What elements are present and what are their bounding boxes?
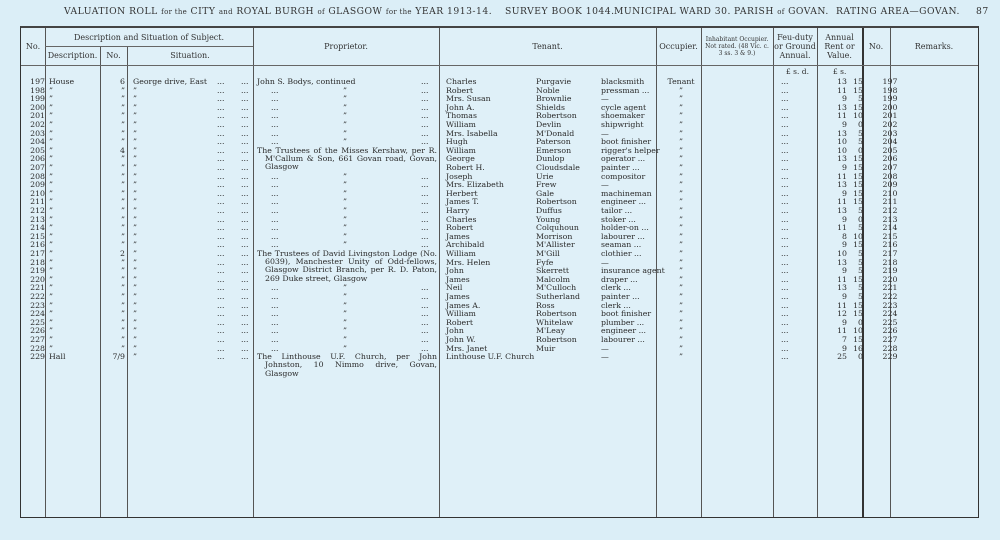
table-row: 224”””.........”...WilliamRobertsonboot …: [21, 310, 978, 318]
title-part: ROYAL BURGH: [236, 6, 314, 17]
situation: ”: [133, 164, 137, 172]
tenant-occupation: painter ...: [601, 164, 640, 172]
row-number-right: 222: [869, 293, 911, 301]
table-row: 218”””......Mrs. HelenFyfe—”...135218: [21, 259, 978, 267]
leader-dots: ...: [421, 78, 428, 86]
table-row: 202”””.........”...WilliamDevlinshipwrig…: [21, 121, 978, 129]
rent-pounds: 9: [827, 164, 847, 172]
row-number: 227: [23, 336, 45, 344]
tenant-forename: Robert H.: [446, 164, 485, 172]
rent-pounds: 7: [827, 336, 847, 344]
table-row: 215”””.........”...JamesMorrisonlabourer…: [21, 233, 978, 241]
leader-dots: ...: [241, 121, 248, 129]
row-number-right: 207: [869, 164, 911, 172]
tenant-forename: James: [446, 293, 470, 301]
feu-duty: ...: [781, 336, 788, 344]
table-row: 211”””.........”...James T.Robertsonengi…: [21, 198, 978, 206]
occupier: ”: [651, 336, 711, 344]
proprietor-block: The Linthouse U.F. Church, per John John…: [257, 353, 437, 378]
leader-dots: ...: [241, 164, 248, 172]
occupier: ”: [651, 353, 711, 361]
rent-pounds: 13: [827, 207, 847, 215]
header-annual-rent: Annual Rent or Value.: [817, 28, 862, 65]
subject-number: 7/9: [103, 353, 125, 361]
row-number-right: 217: [869, 250, 911, 258]
rent-shillings: 5: [851, 250, 863, 258]
table-row: 207”””......Robert H.Cloudsdalepainter .…: [21, 164, 978, 172]
rent-pounds: 9: [827, 121, 847, 129]
subject-number: ”: [103, 121, 125, 129]
tenant-surname: Robertson: [536, 336, 577, 344]
tenant-surname: Devlin: [536, 121, 561, 129]
table-row: 198”””.........”...RobertNoblepressman .…: [21, 87, 978, 95]
parish-part: GOVAN.: [788, 6, 829, 17]
rent-shillings: 15: [851, 78, 863, 86]
table-row: 219”””......JohnSkerrettinsurance agent”…: [21, 267, 978, 275]
header-subject-no: No.: [100, 46, 127, 65]
table-row: 204”””.........”...HughPatersonboot fini…: [21, 138, 978, 146]
header-description: Description.: [45, 46, 100, 65]
description: ”: [49, 164, 53, 172]
tenant-occupation: clothier ...: [601, 250, 641, 258]
rent-units: £ s.: [833, 67, 846, 76]
header-inhabitant-occupier: Inhabitant Occupier. Not rated. (48 Vic.…: [703, 28, 771, 65]
row-number: 229: [23, 353, 45, 361]
table-row: 214”””.........”...RobertColquhounholder…: [21, 224, 978, 232]
leader-dots: ...: [217, 250, 224, 258]
table-row: 200”””.........”...John A.Shieldscycle a…: [21, 104, 978, 112]
table-row: 201”””.........”...ThomasRobertsonshoema…: [21, 112, 978, 120]
description: ”: [49, 250, 53, 258]
tenant-forename: Charles: [446, 78, 476, 86]
row-number-right: 212: [869, 207, 911, 215]
situation: ”: [133, 353, 137, 361]
header-feu-duty: Feu-duty or Ground Annual.: [773, 28, 817, 65]
leader-dots: ...: [217, 353, 224, 361]
row-number: 207: [23, 164, 45, 172]
table-row: 203”””.........”...Mrs. IsabellaM'Donald…: [21, 130, 978, 138]
situation: ”: [133, 207, 137, 215]
rating-area: RATING AREA—GOVAN.: [836, 6, 960, 17]
feu-duty: ...: [781, 78, 788, 86]
subject-number: 6: [103, 78, 125, 86]
title-part: GLASGOW: [328, 6, 382, 17]
leader-dots: ...: [217, 164, 224, 172]
tenant-surname: Cloudsdale: [536, 164, 580, 172]
occupier: ”: [651, 207, 711, 215]
table-row: 227”””.........”...John W.Robertsonlabou…: [21, 336, 978, 344]
tenant-occupation: blacksmith: [601, 78, 644, 86]
table-row: 206”””......GeorgeDunlopoperator ...”...…: [21, 155, 978, 163]
tenant-forename: John W.: [446, 336, 475, 344]
header-proprietor: Proprietor.: [253, 28, 439, 65]
table-row: 212”””.........”...HarryDuffustailor ...…: [21, 207, 978, 215]
rent-shillings: 15: [851, 164, 863, 172]
row-number-right: 229: [869, 353, 911, 361]
header-situation: Situation.: [127, 46, 253, 65]
proprietor-ditto: ”: [343, 336, 347, 344]
feu-duty: ...: [781, 293, 788, 301]
row-number-right: 197: [869, 78, 911, 86]
page-number: 87: [976, 6, 989, 17]
rent-shillings: 5: [851, 293, 863, 301]
tenant-surname: Purgavie: [536, 78, 571, 86]
tenant-forename: William: [446, 121, 476, 129]
description: ”: [49, 336, 53, 344]
rent-shillings: 0: [851, 353, 863, 361]
situation: ”: [133, 293, 137, 301]
proprietor-block: The Trustees of the Misses Kershaw, per …: [257, 147, 437, 172]
tenant-occupation: labourer ...: [601, 336, 645, 344]
row-number: 202: [23, 121, 45, 129]
row-number: 197: [23, 78, 45, 86]
leader-dots: ...: [241, 250, 248, 258]
header-no-2: No.: [862, 28, 890, 65]
tenant-surname: Sutherland: [536, 293, 580, 301]
feu-duty: ...: [781, 121, 788, 129]
tenant-surname: Duffus: [536, 207, 562, 215]
leader-dots: ...: [217, 78, 224, 86]
situation: ”: [133, 250, 137, 258]
feu-duty: ...: [781, 250, 788, 258]
parish-part: PARISH: [734, 6, 774, 17]
proprietor-ditto: ”: [343, 207, 347, 215]
occupier: ”: [651, 250, 711, 258]
leader-dots: ...: [217, 336, 224, 344]
header-rule: [21, 65, 978, 66]
table-row: 217”2”......WilliamM'Gillclothier ...”..…: [21, 250, 978, 258]
subject-number: ”: [103, 207, 125, 215]
situation: George drive, East: [133, 78, 207, 86]
leader-dots: ...: [241, 78, 248, 86]
table-row: 226”””.........”...JohnM'Leayengineer ..…: [21, 327, 978, 335]
row-number-right: 202: [869, 121, 911, 129]
header-subject-group: Description and Situation of Subject.: [45, 28, 253, 46]
leader-dots: ...: [217, 207, 224, 215]
leader-dots: ...: [217, 121, 224, 129]
title-part: YEAR 1913-14.: [415, 6, 492, 17]
table-row: 210”””.........”...HerbertGalemachineman…: [21, 190, 978, 198]
title-part: VALUATION ROLL: [64, 6, 158, 17]
rent-pounds: 9: [827, 293, 847, 301]
rent-shillings: 15: [851, 336, 863, 344]
table-row: 225”””.........”...RobertWhitelawplumber…: [21, 319, 978, 327]
tenant-forename: Harry: [446, 207, 469, 215]
leader-dots: ...: [241, 293, 248, 301]
proprietor: John S. Bodys, continued: [257, 78, 356, 86]
subject-number: ”: [103, 164, 125, 172]
occupier: Tenant: [651, 78, 711, 86]
rent-pounds: 10: [827, 250, 847, 258]
situation: ”: [133, 336, 137, 344]
subject-number: 2: [103, 250, 125, 258]
occupier: ”: [651, 121, 711, 129]
table-row: 221”””.........”...NeilM'Cullochclerk ..…: [21, 284, 978, 292]
parish: PARISH of GOVAN.: [734, 6, 829, 17]
proprietor-ditto: ”: [343, 121, 347, 129]
leader-dots: ...: [241, 353, 248, 361]
header-no: No.: [21, 28, 45, 65]
table-row: 229Hall7/9”......Linthouse U.F. Church—”…: [21, 353, 978, 361]
proprietor-block: The Trustees of David Livingston Lodge (…: [257, 250, 437, 283]
proprietor-ditto-dots: ...: [271, 293, 278, 301]
tenant-occupation: painter ...: [601, 293, 640, 301]
table-row: 205”4”......WilliamEmersonrigger's helpe…: [21, 147, 978, 155]
parish-part: of: [777, 8, 784, 16]
page-header: VALUATION ROLL for the CITY and ROYAL BU…: [0, 6, 1000, 20]
table-row: 222”””.........”...JamesSutherlandpainte…: [21, 293, 978, 301]
leader-dots: ...: [421, 121, 428, 129]
title-part: of: [317, 8, 324, 16]
proprietor-ditto-dots: ...: [271, 336, 278, 344]
feu-duty: ...: [781, 164, 788, 172]
row-number: 212: [23, 207, 45, 215]
rent-pounds: 13: [827, 78, 847, 86]
proprietor-ditto-dots: ...: [271, 207, 278, 215]
tenant-surname: M'Gill: [536, 250, 560, 258]
situation: ”: [133, 121, 137, 129]
row-number: 217: [23, 250, 45, 258]
subject-number: ”: [103, 293, 125, 301]
table-row: 199”””.........”...Mrs. SusanBrownlie—”.…: [21, 95, 978, 103]
header-remarks: Remarks.: [890, 28, 978, 65]
row-number-right: 227: [869, 336, 911, 344]
description: House: [49, 78, 74, 86]
table-row: 213”””.........”...CharlesYoungstoker ..…: [21, 216, 978, 224]
tenant-occupation: tailor ...: [601, 207, 632, 215]
table-row: 216”””.........”...ArchibaldM'Allisterse…: [21, 241, 978, 249]
feu-duty: ...: [781, 353, 788, 361]
row-number: 222: [23, 293, 45, 301]
table-row: 209”””.........”...Mrs. ElizabethFrew—”.…: [21, 181, 978, 189]
description: ”: [49, 121, 53, 129]
leader-dots: ...: [241, 207, 248, 215]
title-part: for the: [161, 8, 187, 16]
leader-dots: ...: [421, 293, 428, 301]
tenant-occupation: —: [601, 353, 609, 361]
table-row: 220”””......JamesMalcolmdraper ...”...11…: [21, 276, 978, 284]
survey-book: SURVEY BOOK 1044.: [505, 6, 615, 17]
rent-shillings: 5: [851, 207, 863, 215]
title-part: for the: [386, 8, 412, 16]
leader-dots: ...: [421, 207, 428, 215]
subject-number: ”: [103, 336, 125, 344]
tenant-occupation: shipwright: [601, 121, 644, 129]
title-part: CITY: [191, 6, 216, 17]
feu-units: £ s. d.: [786, 67, 809, 76]
roll-title: VALUATION ROLL for the CITY and ROYAL BU…: [64, 6, 492, 17]
leader-dots: ...: [421, 336, 428, 344]
proprietor-ditto-dots: ...: [271, 121, 278, 129]
feu-duty: ...: [781, 207, 788, 215]
tenant-forename: Linthouse U.F. Church: [446, 353, 534, 361]
description: ”: [49, 293, 53, 301]
table-row: 197House6George drive, East......John S.…: [21, 78, 978, 86]
valuation-table: No. Description and Situation of Subject…: [20, 26, 979, 518]
title-part: and: [219, 8, 233, 16]
leader-dots: ...: [241, 336, 248, 344]
municipal-ward: MUNICIPAL WARD 30.: [614, 6, 731, 17]
tenant-forename: William: [446, 250, 476, 258]
rent-pounds: 25: [827, 353, 847, 361]
rent-shillings: 0: [851, 121, 863, 129]
header-occupier: Occupier.: [656, 28, 701, 65]
occupier: ”: [651, 293, 711, 301]
table-row: 223”””.........”...James A.Rossclerk ...…: [21, 302, 978, 310]
tenant-surname: Muir: [536, 345, 555, 353]
leader-dots: ...: [217, 293, 224, 301]
description: Hall: [49, 353, 65, 361]
occupier: ”: [651, 164, 711, 172]
description: ”: [49, 207, 53, 215]
proprietor-ditto: ”: [343, 293, 347, 301]
header-tenant: Tenant.: [439, 28, 656, 65]
